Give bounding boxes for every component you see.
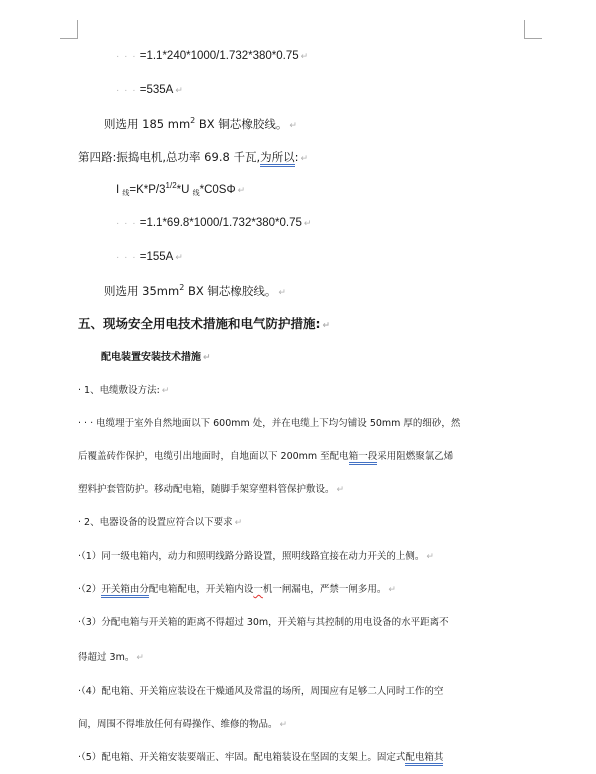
paragraph-mark-icon: ↵ <box>304 218 312 228</box>
paragraph-mark-icon: ↵ <box>238 185 246 195</box>
formula-line-1: · · · =1.1*240*1000/1.732*380*0.75↵ <box>116 48 308 65</box>
requirement-3-line-2: 得超过 3m。↵ <box>78 650 144 666</box>
paragraph-mark-icon: ↵ <box>280 720 288 730</box>
paragraph-mark-icon: ↵ <box>162 386 170 396</box>
formula-line-2: · · · =1.1*69.8*1000/1.732*380*0.75↵ <box>116 215 311 232</box>
spelling-flag[interactable]: 一 <box>253 584 263 595</box>
paragraph-mark-icon: ↵ <box>323 321 331 331</box>
paragraph-mark-icon: ↵ <box>203 353 211 363</box>
cable-selection-2: 则选用 35mm2 BX 铜芯橡胶线。↵ <box>104 283 286 301</box>
requirement-1: ·（1）同一级电箱内，动力和照明线路分路设置，照明线路宜接在动力开关的上侧。↵ <box>78 549 434 565</box>
paragraph-mark-icon: ↵ <box>235 518 243 528</box>
paragraph-mark-icon: ↵ <box>337 485 345 495</box>
cable-selection-1: 则选用 185 mm2 BX 铜芯橡胶线。↵ <box>104 116 297 134</box>
grammar-flag[interactable]: 配电箱其 <box>405 752 443 766</box>
paragraph-mark-icon: ↵ <box>426 552 434 562</box>
requirement-4-line-2: 间，周围不得堆放任何有碍操作、维修的物品。↵ <box>78 717 287 733</box>
formula-result-1: · · · =535A↵ <box>116 82 183 99</box>
requirement-5-line-1: ·（5）配电箱、开关箱安装要端正、牢固。配电箱装设在坚固的支架上。固定式配电箱其 <box>78 750 443 766</box>
item-1-line-1: · · · 电缆埋于室外自然地面以下 600mm 处，并在电缆上下均匀铺设 50… <box>78 416 460 432</box>
paragraph-mark-icon: ↵ <box>388 585 396 595</box>
paragraph-mark-icon: ↵ <box>175 85 183 95</box>
page-corner-mark-top-right <box>524 20 542 39</box>
circuit-four-heading: 第四路:振捣电机,总功率 69.8 千瓦,为所以:↵ <box>78 149 308 167</box>
paragraph-mark-icon: ↵ <box>278 288 286 298</box>
grammar-flag[interactable]: 箱一段 <box>349 451 378 465</box>
requirement-3-line-1: ·（3）分配电箱与开关箱的距离不得超过 30m，开关箱与其控制的用电设备的水平距… <box>78 615 449 631</box>
paragraph-mark-icon: ↵ <box>136 653 144 663</box>
item-2-title: · 2、电器设备的设置应符合以下要求↵ <box>78 515 242 531</box>
current-formula: I 线=K*P/31/2*U 线*C0SΦ↵ <box>116 182 245 198</box>
grammar-flag[interactable]: 为所以 <box>260 150 295 167</box>
section-heading-5: 五、现场安全用电技术措施和电气防护措施:↵ <box>78 316 330 334</box>
item-1-title: · 1、电缆敷设方法:↵ <box>78 383 169 399</box>
item-1-line-2: 后覆盖砖作保护，电缆引出地面时，自地面以下 200mm 至配电箱一段采用阻燃聚氯… <box>78 449 453 465</box>
paragraph-mark-icon: ↵ <box>289 121 297 131</box>
requirement-4-line-1: ·（4）配电箱、开关箱应装设在干燥通风及常温的场所，周围应有足够二人同时工作的空 <box>78 684 443 700</box>
subsection-heading: 配电装置安装技术措施↵ <box>101 350 211 366</box>
requirement-2: ·（2）开关箱由分配电箱配电，开关箱内设一机一闸漏电，严禁一闸多用。↵ <box>78 582 396 598</box>
page-corner-mark-top-left <box>60 20 78 39</box>
item-1-line-3: 塑料护套管防护。移动配电箱，随脚手架穿塑料管保护敷设。↵ <box>78 482 344 498</box>
paragraph-mark-icon: ↵ <box>175 252 183 262</box>
paragraph-mark-icon: ↵ <box>301 51 309 61</box>
grammar-flag[interactable]: 开关箱由分 <box>101 584 149 598</box>
paragraph-mark-icon: ↵ <box>300 154 308 164</box>
formula-result-2: · · · =155A↵ <box>116 249 183 266</box>
